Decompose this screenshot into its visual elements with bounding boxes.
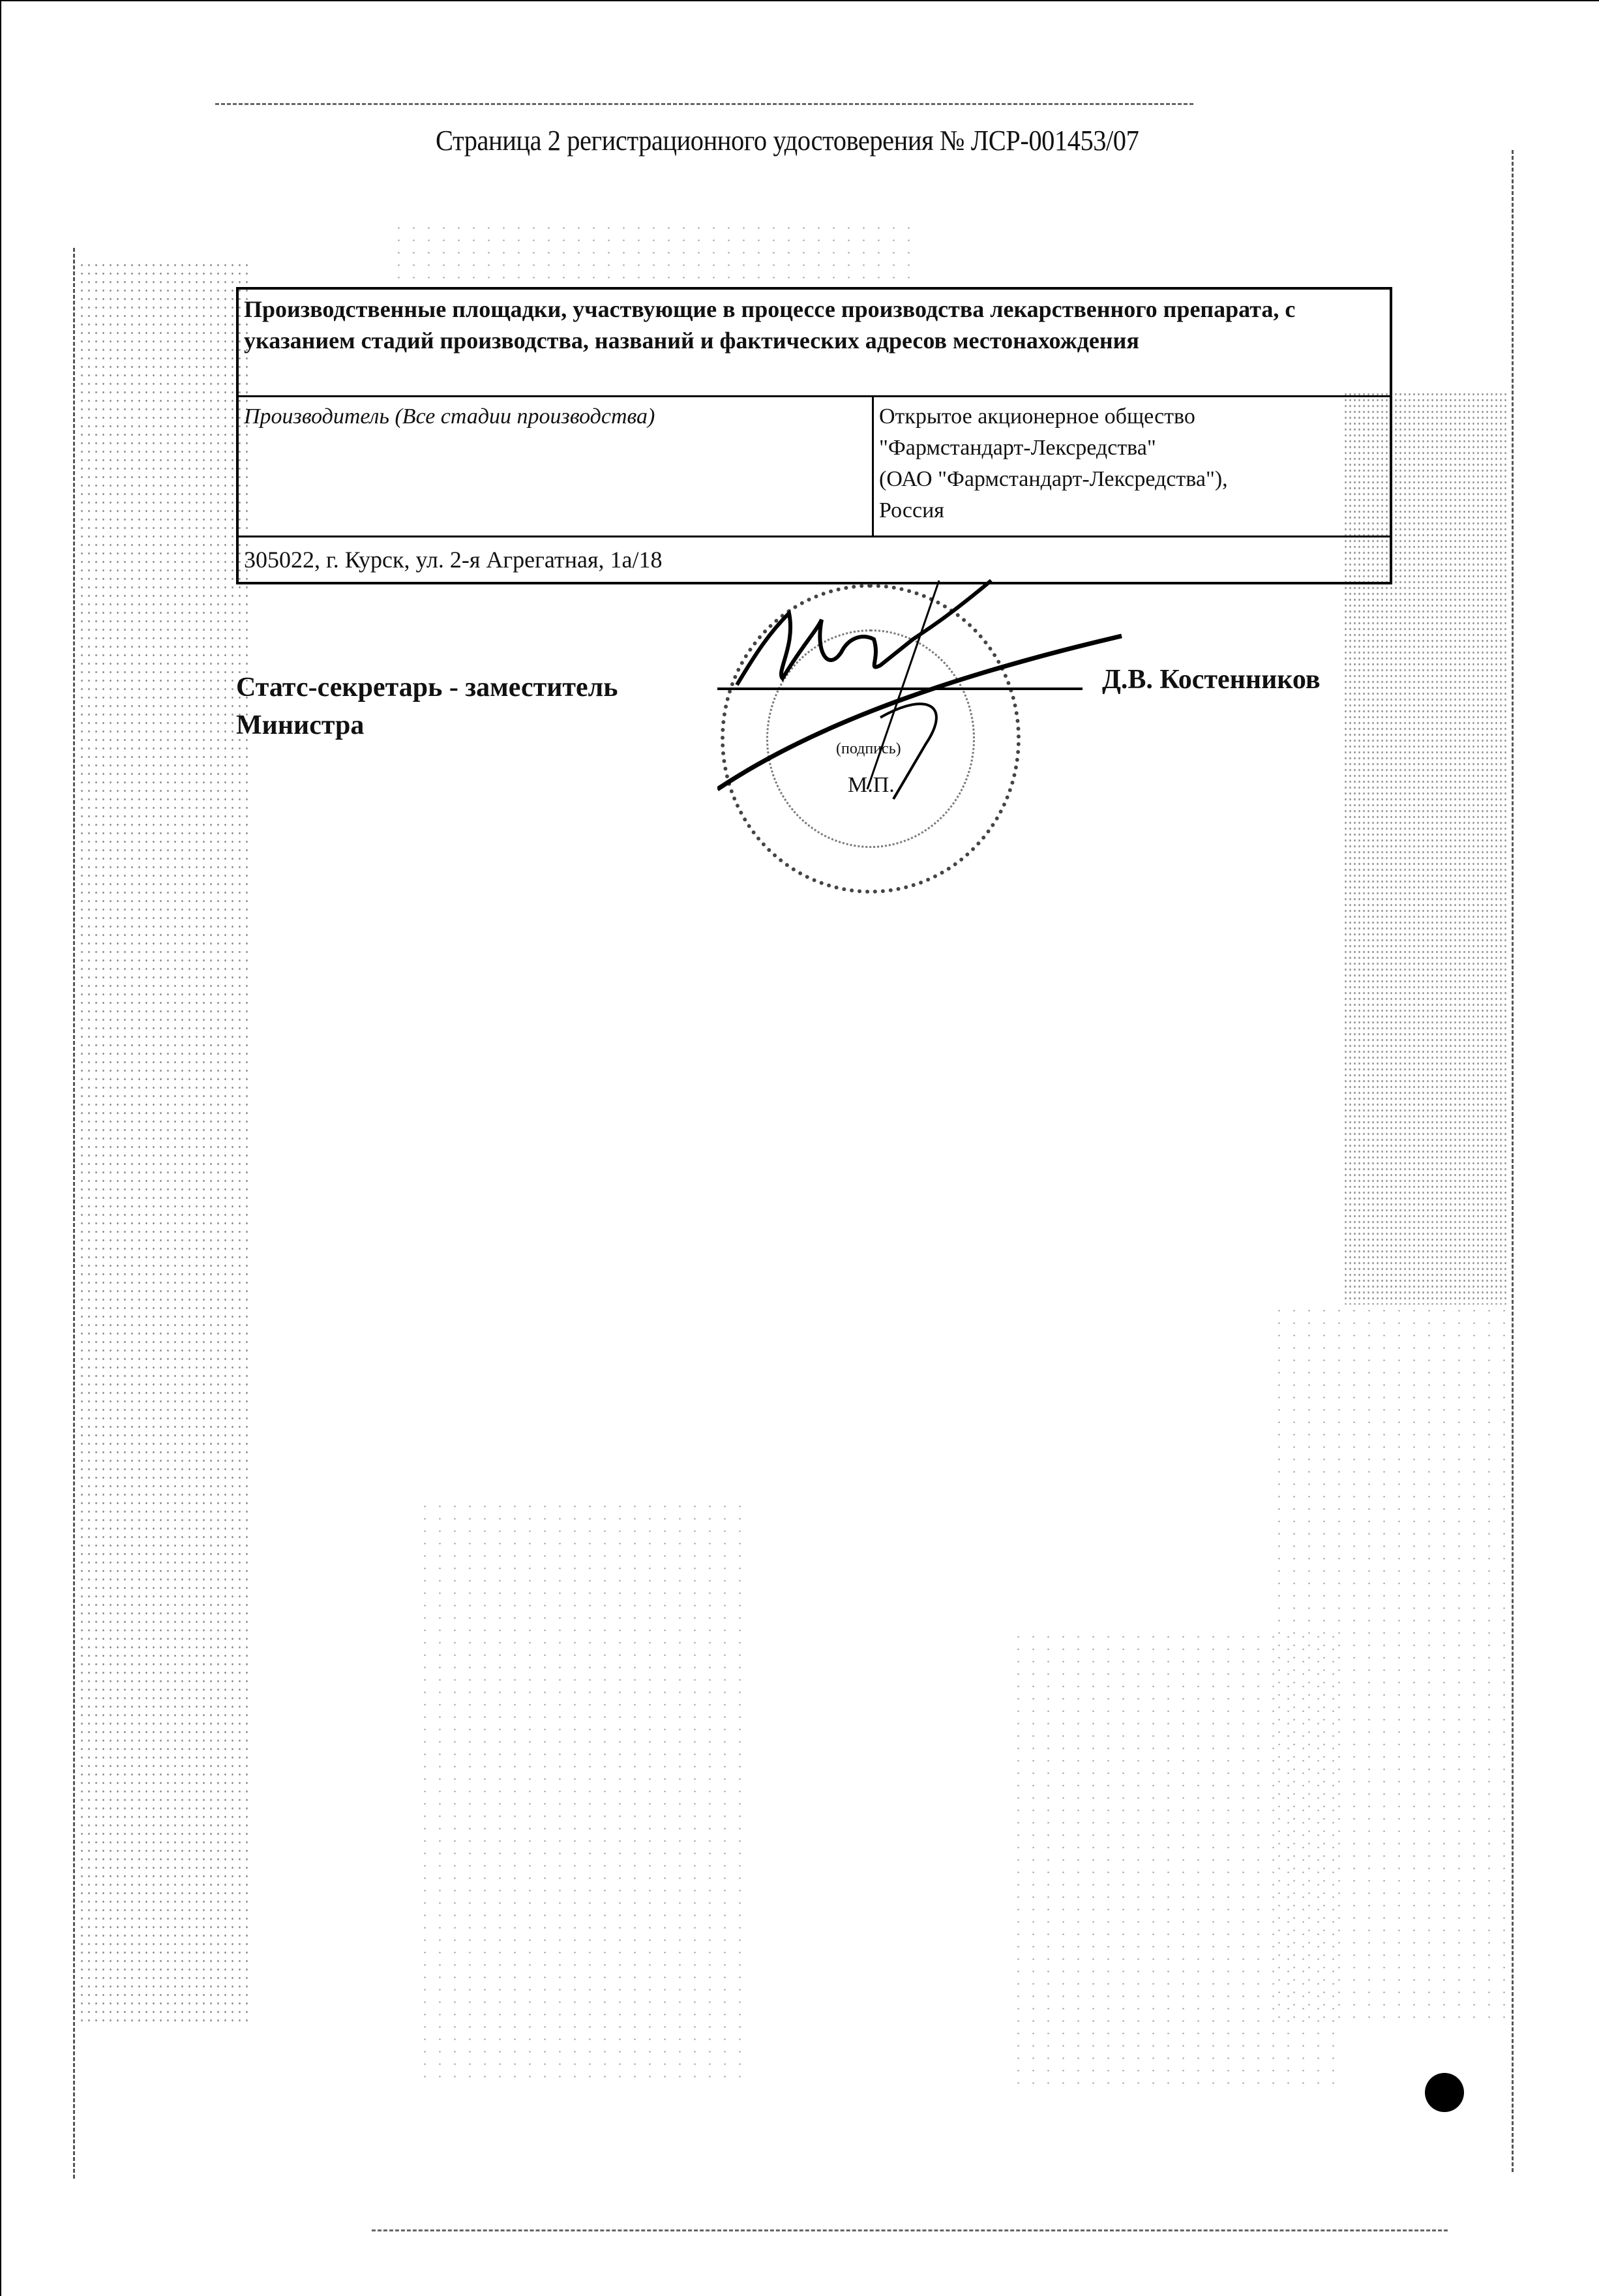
frame-border-bottom: [372, 2229, 1448, 2231]
signatory-name: Д.В. Костенников: [1102, 664, 1321, 695]
org-line-4: Россия: [879, 495, 1384, 526]
frame-border-top: [215, 103, 1193, 105]
org-line-2: "Фармстандарт-Лексредства": [879, 432, 1384, 464]
stamp-place-label: М.П.: [848, 773, 895, 798]
signatory-title: Статс-секретарь - заместитель Министра: [236, 669, 618, 744]
signatory-title-line-2: Министра: [236, 706, 618, 744]
scan-edge-top: [0, 0, 1599, 1]
signature-line: [717, 687, 1083, 690]
org-line-3: (ОАО "Фармстандарт-Лексредства"),: [879, 464, 1384, 495]
manufacturing-sites-table: Производственные площадки, участвующие в…: [236, 287, 1392, 584]
organization-cell: Открытое акционерное общество "Фармстанд…: [873, 397, 1392, 537]
page-title: Страница 2 регистрационного удостоверени…: [436, 124, 1139, 157]
signatory-title-line-1: Статс-секретарь - заместитель: [236, 669, 618, 706]
punch-hole-mark: [1425, 2073, 1464, 2112]
producer-role-cell: Производитель (Все стадии производства): [237, 397, 873, 537]
org-line-1: Открытое акционерное общество: [879, 401, 1384, 432]
table-header-row: Производственные площадки, участвующие в…: [237, 288, 1391, 397]
scan-noise-bottom-right: [1011, 1631, 1337, 2087]
frame-border-left: [73, 248, 75, 2179]
scan-edge-left: [0, 0, 1, 2296]
scan-noise-center-lower: [417, 1500, 743, 2087]
scan-noise-left: [78, 261, 248, 2022]
table-row: Производитель (Все стадии производства) …: [237, 397, 1391, 537]
table-heading: Производственные площадки, участвующие в…: [237, 288, 1391, 397]
signature-caption: (подпись): [836, 740, 901, 758]
scan-noise-right-lower: [1272, 1305, 1506, 2022]
frame-border-right: [1512, 150, 1514, 2172]
handwritten-signature: [717, 574, 1141, 809]
scan-noise-top: [391, 222, 913, 280]
